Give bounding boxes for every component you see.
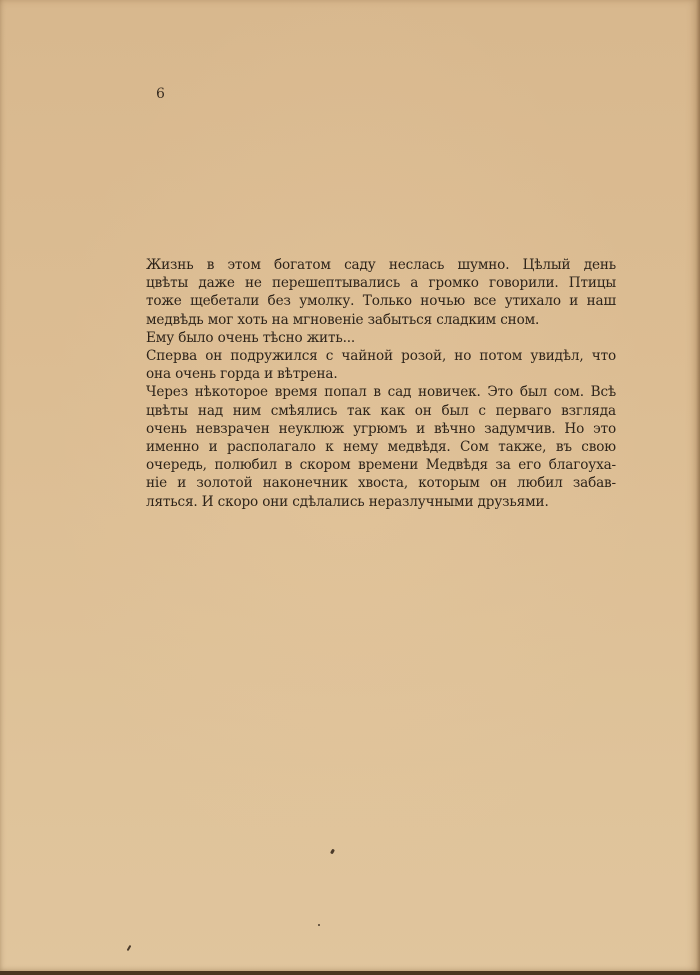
book-page: 6 Жизнь в этом богатом саду неслась шумн… xyxy=(0,0,700,975)
body-text: Жизнь в этом богатом саду неслась шумно.… xyxy=(146,256,616,511)
text-line: цвѣты даже не перешептывались а громко г… xyxy=(146,274,616,292)
paper-speck xyxy=(330,849,335,855)
text-line: Ему было очень тѣсно жить... xyxy=(146,329,616,347)
text-line: очередь, полюбил в скором времени Медвѣд… xyxy=(146,456,616,474)
text-line: очень невзрачен неуклюж угрюмъ и вѣчно з… xyxy=(146,420,616,438)
paper-speck xyxy=(127,945,132,951)
paper-speck xyxy=(318,924,321,927)
text-line: именно и располагало к нему медвѣдя. Сом… xyxy=(146,438,616,456)
text-line: она очень горда и вѣтрена. xyxy=(146,365,616,383)
paragraph-1: Жизнь в этом богатом саду неслась шумно.… xyxy=(146,256,616,329)
paragraph-3: Сперва он подружился с чайной розой, но … xyxy=(146,347,616,383)
text-line: ляться. И скоро они сдѣлались неразлучны… xyxy=(146,493,616,511)
page-number: 6 xyxy=(156,86,165,102)
text-line: Через нѣкоторое время попал в сад новиче… xyxy=(146,383,616,401)
text-line: медвѣдь мог хоть на мгновенiе забыться с… xyxy=(146,311,616,329)
text-line: нiе и золотой наконечник хвоста, которым… xyxy=(146,474,616,492)
text-line: Жизнь в этом богатом саду неслась шумно.… xyxy=(146,256,616,274)
text-line: Сперва он подружился с чайной розой, но … xyxy=(146,347,616,365)
paragraph-2: Ему было очень тѣсно жить... xyxy=(146,329,616,347)
paragraph-4: Через нѣкоторое время попал в сад новиче… xyxy=(146,383,616,510)
text-line: цвѣты над ним смѣялись так как он был с … xyxy=(146,402,616,420)
text-line: тоже щебетали без умолку. Только ночью в… xyxy=(146,292,616,310)
